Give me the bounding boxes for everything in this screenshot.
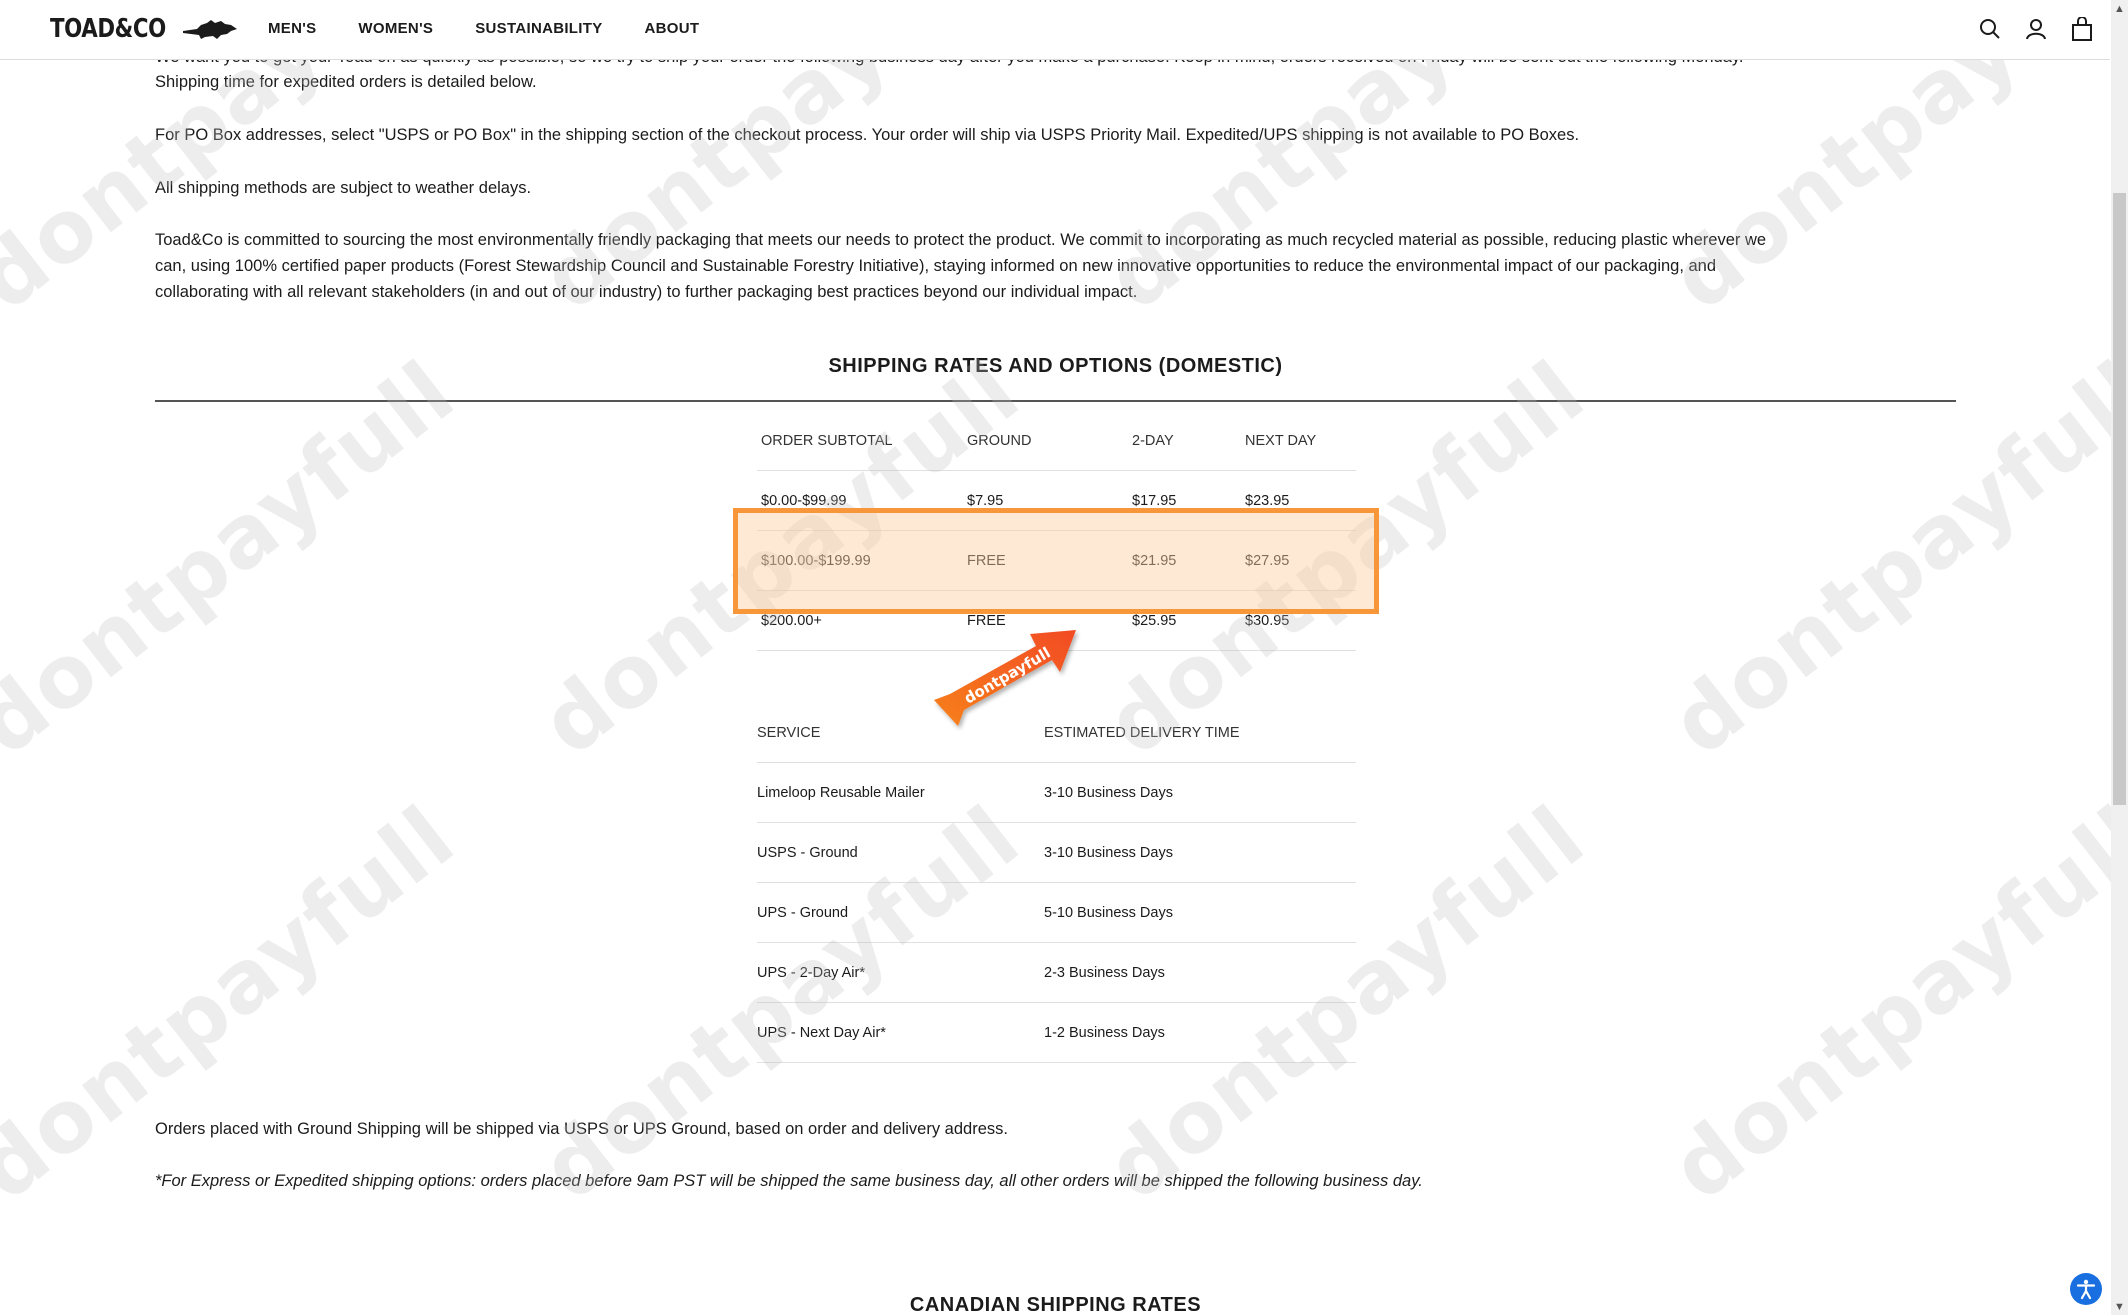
logo[interactable]: TOAD&CO <box>50 14 239 44</box>
site-header: TOAD&CO MEN'S WOMEN'S SUSTAINABILITY ABO… <box>0 0 2110 60</box>
table-cell: $25.95 <box>1132 591 1176 651</box>
table-cell: 1-2 Business Days <box>1044 1003 1165 1063</box>
watermark-text: dontpayfull <box>0 342 474 775</box>
para-packaging-line-3: collaborating with all relevant stakehol… <box>155 279 1956 305</box>
para-expedited: Shipping time for expedited orders is de… <box>155 69 1956 95</box>
watermark-text: dontpayfull <box>1653 342 2128 775</box>
table-row: USPS - Ground3-10 Business Days <box>757 823 1356 883</box>
para-packaging-line-1: Toad&Co is committed to sourcing the mos… <box>155 227 1956 253</box>
table-row: UPS - Ground5-10 Business Days <box>757 883 1356 943</box>
header-icons <box>1978 16 2094 42</box>
table-cell: USPS - Ground <box>757 823 858 883</box>
nav-about[interactable]: ABOUT <box>645 20 700 37</box>
table-cell: $200.00+ <box>761 591 822 651</box>
accessibility-icon <box>2075 1278 2097 1300</box>
table-row: UPS - 2-Day Air*2-3 Business Days <box>757 943 1356 1003</box>
account-icon[interactable] <box>2024 16 2048 42</box>
scroll-thumb[interactable] <box>2113 193 2126 805</box>
scroll-up-arrow-icon[interactable]: ▲ <box>2111 0 2128 17</box>
accessibility-button[interactable] <box>2070 1273 2102 1305</box>
section-title-canadian: CANADIAN SHIPPING RATES <box>155 1294 1956 1315</box>
section-title-domestic: SHIPPING RATES AND OPTIONS (DOMESTIC) <box>155 355 1956 378</box>
nav-sustainability[interactable]: SUSTAINABILITY <box>475 20 602 37</box>
table-header-cell: ORDER SUBTOTAL <box>761 411 893 471</box>
page-scrollbar[interactable]: ▲ ▼ <box>2111 0 2128 1315</box>
dontpayfull-arrow-badge-icon: dontpayfull <box>928 622 1088 732</box>
table-header-row: ORDER SUBTOTALGROUND2-DAYNEXT DAY <box>757 411 1356 471</box>
table-cell: UPS - Next Day Air* <box>757 1003 886 1063</box>
table-cell: $7.95 <box>967 471 1003 531</box>
search-icon[interactable] <box>1978 16 2002 42</box>
table-cell: FREE <box>967 531 1006 591</box>
table-cell: $17.95 <box>1132 471 1176 531</box>
table-cell: UPS - 2-Day Air* <box>757 943 865 1003</box>
table-header-cell: NEXT DAY <box>1245 411 1316 471</box>
bag-icon[interactable] <box>2070 16 2094 42</box>
watermark-text: dontpayfull <box>0 787 474 1220</box>
section-divider <box>155 400 1956 402</box>
table-row: Limeloop Reusable Mailer3-10 Business Da… <box>757 763 1356 823</box>
table-cell: 3-10 Business Days <box>1044 823 1173 883</box>
table-header-cell: SERVICE <box>757 703 820 763</box>
table-header-cell: GROUND <box>967 411 1031 471</box>
table-cell: $100.00-$199.99 <box>761 531 871 591</box>
svg-text:dontpayfull: dontpayfull <box>961 644 1054 708</box>
note-ground-shipping: Orders placed with Ground Shipping will … <box>155 1116 1956 1142</box>
table-cell: UPS - Ground <box>757 883 848 943</box>
table-cell: 3-10 Business Days <box>1044 763 1173 823</box>
nav-womens[interactable]: WOMEN'S <box>358 20 433 37</box>
table-cell: $0.00-$99.99 <box>761 471 846 531</box>
table-row: $100.00-$199.99FREE$21.95$27.95 <box>757 531 1356 591</box>
table-header-cell: 2-DAY <box>1132 411 1174 471</box>
para-packaging-line-2: can, using 100% certified paper products… <box>155 253 1956 279</box>
scroll-down-arrow-icon[interactable]: ▼ <box>2111 1298 2128 1315</box>
main-nav: MEN'S WOMEN'S SUSTAINABILITY ABOUT <box>268 20 699 37</box>
para-po-box: For PO Box addresses, select "USPS or PO… <box>155 122 1956 148</box>
table-cell: $27.95 <box>1245 531 1289 591</box>
table-cell: 5-10 Business Days <box>1044 883 1173 943</box>
table-cell: Limeloop Reusable Mailer <box>757 763 925 823</box>
nav-mens[interactable]: MEN'S <box>268 20 316 37</box>
note-express-shipping: *For Express or Expedited shipping optio… <box>155 1168 1956 1194</box>
table-cell: 2-3 Business Days <box>1044 943 1165 1003</box>
table-row: UPS - Next Day Air*1-2 Business Days <box>757 1003 1356 1063</box>
table-row: $0.00-$99.99$7.95$17.95$23.95 <box>757 471 1356 531</box>
watermark-text: dontpayfull <box>1653 787 2128 1220</box>
table-cell: $21.95 <box>1132 531 1176 591</box>
toad-logo-icon <box>181 17 239 41</box>
table-cell: $30.95 <box>1245 591 1289 651</box>
logo-text: TOAD&CO <box>50 14 166 44</box>
para-weather: All shipping methods are subject to weat… <box>155 175 1956 201</box>
table-cell: $23.95 <box>1245 471 1289 531</box>
